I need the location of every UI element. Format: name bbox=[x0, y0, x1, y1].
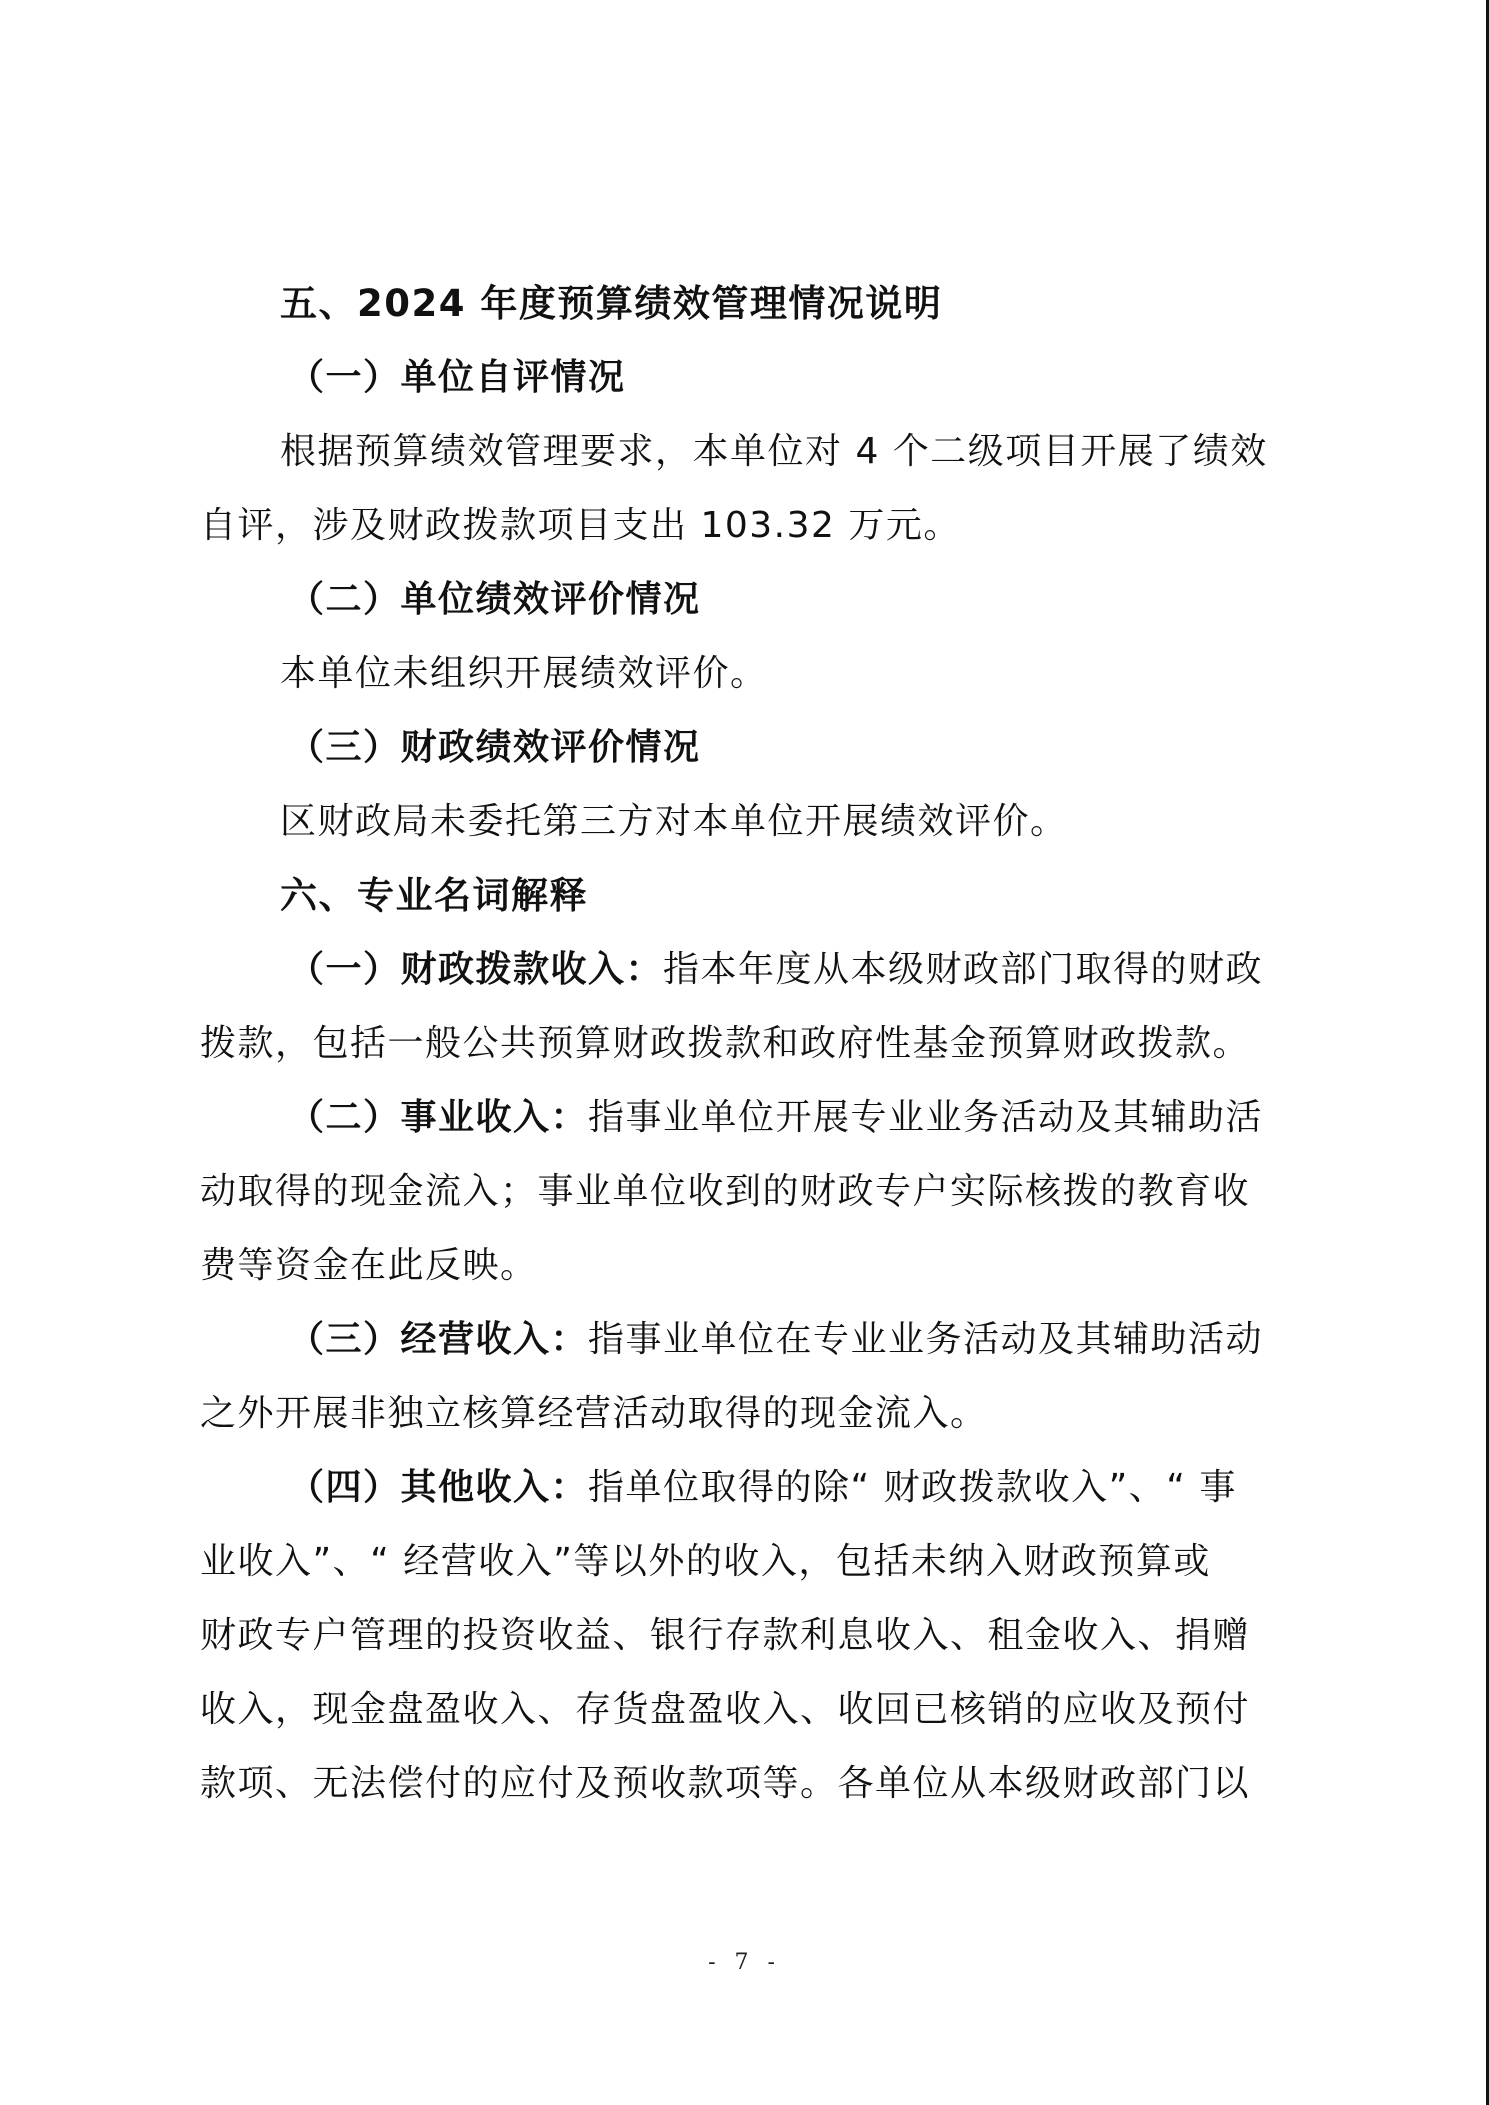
term-text: 指事业单位在专业业务活动及其辅助活动 bbox=[588, 1319, 1263, 1360]
term-label: （二）事业收入： bbox=[288, 1097, 588, 1138]
paragraph-line: 业收入”、“ 经营收入”等以外的收入，包括未纳入财政预算或 bbox=[200, 1540, 1211, 1584]
term-label: （四）其他收入： bbox=[288, 1467, 588, 1508]
page-number: - 7 - bbox=[0, 1950, 1489, 1975]
term-definition: （四）其他收入：指单位取得的除“ 财政拨款收入”、“ 事 bbox=[288, 1466, 1237, 1510]
section-5-heading: 五、2024 年度预算绩效管理情况说明 bbox=[280, 282, 942, 326]
term-label: （一）财政拨款收入： bbox=[288, 949, 663, 990]
term-definition: （三）经营收入：指事业单位在专业业务活动及其辅助活动 bbox=[288, 1318, 1263, 1362]
paragraph-line: 财政专户管理的投资收益、银行存款利息收入、租金收入、捐赠 bbox=[200, 1614, 1250, 1658]
paragraph-line: 之外开展非独立核算经营活动取得的现金流入。 bbox=[200, 1392, 988, 1436]
paragraph-line: 根据预算绩效管理要求，本单位对 4 个二级项目开展了绩效 bbox=[280, 430, 1268, 474]
paragraph-line: 动取得的现金流入；事业单位收到的财政专户实际核拨的教育收 bbox=[200, 1170, 1250, 1214]
term-definition: （二）事业收入：指事业单位开展专业业务活动及其辅助活 bbox=[288, 1096, 1263, 1140]
paragraph-line: 本单位未组织开展绩效评价。 bbox=[280, 652, 768, 696]
paragraph-line: 自评，涉及财政拨款项目支出 103.32 万元。 bbox=[200, 504, 961, 548]
paragraph-line: 区财政局未委托第三方对本单位开展绩效评价。 bbox=[280, 800, 1068, 844]
paragraph-line: 收入，现金盘盈收入、存货盘盈收入、收回已核销的应收及预付 bbox=[200, 1688, 1250, 1732]
section-5-sub1-heading: （一）单位自评情况 bbox=[288, 356, 626, 400]
paragraph-line: 款项、无法偿付的应付及预收款项等。各单位从本级财政部门以 bbox=[200, 1762, 1250, 1806]
section-5-sub3-heading: （三）财政绩效评价情况 bbox=[288, 726, 701, 770]
section-6-heading: 六、专业名词解释 bbox=[280, 874, 588, 918]
term-definition: （一）财政拨款收入：指本年度从本级财政部门取得的财政 bbox=[288, 948, 1263, 992]
paragraph-line: 拨款，包括一般公共预算财政拨款和政府性基金预算财政拨款。 bbox=[200, 1022, 1250, 1066]
term-text: 指事业单位开展专业业务活动及其辅助活 bbox=[588, 1097, 1263, 1138]
paragraph-line: 费等资金在此反映。 bbox=[200, 1244, 538, 1288]
term-text: 指单位取得的除“ 财政拨款收入”、“ 事 bbox=[588, 1467, 1237, 1508]
term-label: （三）经营收入： bbox=[288, 1319, 588, 1360]
section-5-sub2-heading: （二）单位绩效评价情况 bbox=[288, 578, 701, 622]
term-text: 指本年度从本级财政部门取得的财政 bbox=[663, 949, 1263, 990]
